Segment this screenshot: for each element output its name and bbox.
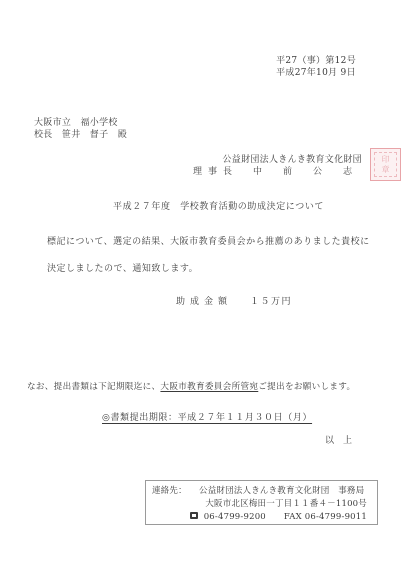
document-number-block: 平27（事）第12号 平成27年10月 9日 — [276, 56, 356, 80]
sender-organization: 公益財団法人きんき教育文化財団 — [193, 155, 362, 167]
body-line-2: 決定しましたので、通知致します。 — [47, 264, 198, 275]
reference-number: 平27（事）第12号 — [276, 56, 356, 68]
contact-address: 大阪市北区梅田一丁目１１番４－1100号 — [205, 499, 367, 510]
submission-deadline: ◎書類提出期限：平成２７年１１月３０日（月） — [102, 413, 312, 424]
subject-heading: 平成２７年度 学校教育活動の助成決定について — [113, 202, 324, 213]
contact-fax: FAX 06-4799-9011 — [284, 512, 367, 522]
addressee-principal: 校長 笹井 督子 殿 — [34, 130, 127, 142]
addressee-block: 大阪市立 福小学校 校長 笹井 督子 殿 — [34, 118, 127, 142]
note-destination: 大阪市教育委員会所管宛 — [160, 382, 258, 392]
issue-date: 平成27年10月 9日 — [276, 68, 356, 80]
addressee-school: 大阪市立 福小学校 — [34, 118, 127, 130]
closing-mark: 以上 — [325, 436, 361, 447]
contact-label: 連絡先： — [152, 486, 187, 497]
sender-representative: 理事長 中 前 公 志 — [193, 167, 362, 179]
sender-block: 公益財団法人きんき教育文化財団 理事長 中 前 公 志 — [193, 155, 362, 179]
grant-amount-value: １５万円 — [250, 297, 292, 308]
contact-box: 連絡先： 公益財団法人きんき教育文化財団 事務局 大阪市北区梅田一丁目１１番４－… — [145, 480, 378, 525]
contact-tel: 06-4799-9200 — [204, 512, 266, 522]
submission-note: なお、提出書類は下記期限迄に、大阪市教育委員会所管宛ご提出をお願いします。 — [27, 380, 355, 392]
contact-phone-line: 06-4799-9200FAX 06-4799-9011 — [190, 512, 367, 523]
note-prefix: なお、提出書類は下記期限迄に、 — [27, 382, 160, 392]
body-line-1: 標記について、選定の結果、大阪市教育委員会から推薦のありました貴校に — [47, 237, 370, 248]
official-seal-icon: 印章 — [370, 148, 401, 181]
telephone-icon — [190, 512, 198, 519]
grant-amount-label: 助成金額 — [176, 297, 232, 308]
seal-glyph: 印章 — [371, 155, 400, 175]
note-suffix: ご提出をお願いします。 — [258, 382, 355, 392]
contact-organization: 公益財団法人きんき教育文化財団 事務局 — [199, 486, 364, 497]
